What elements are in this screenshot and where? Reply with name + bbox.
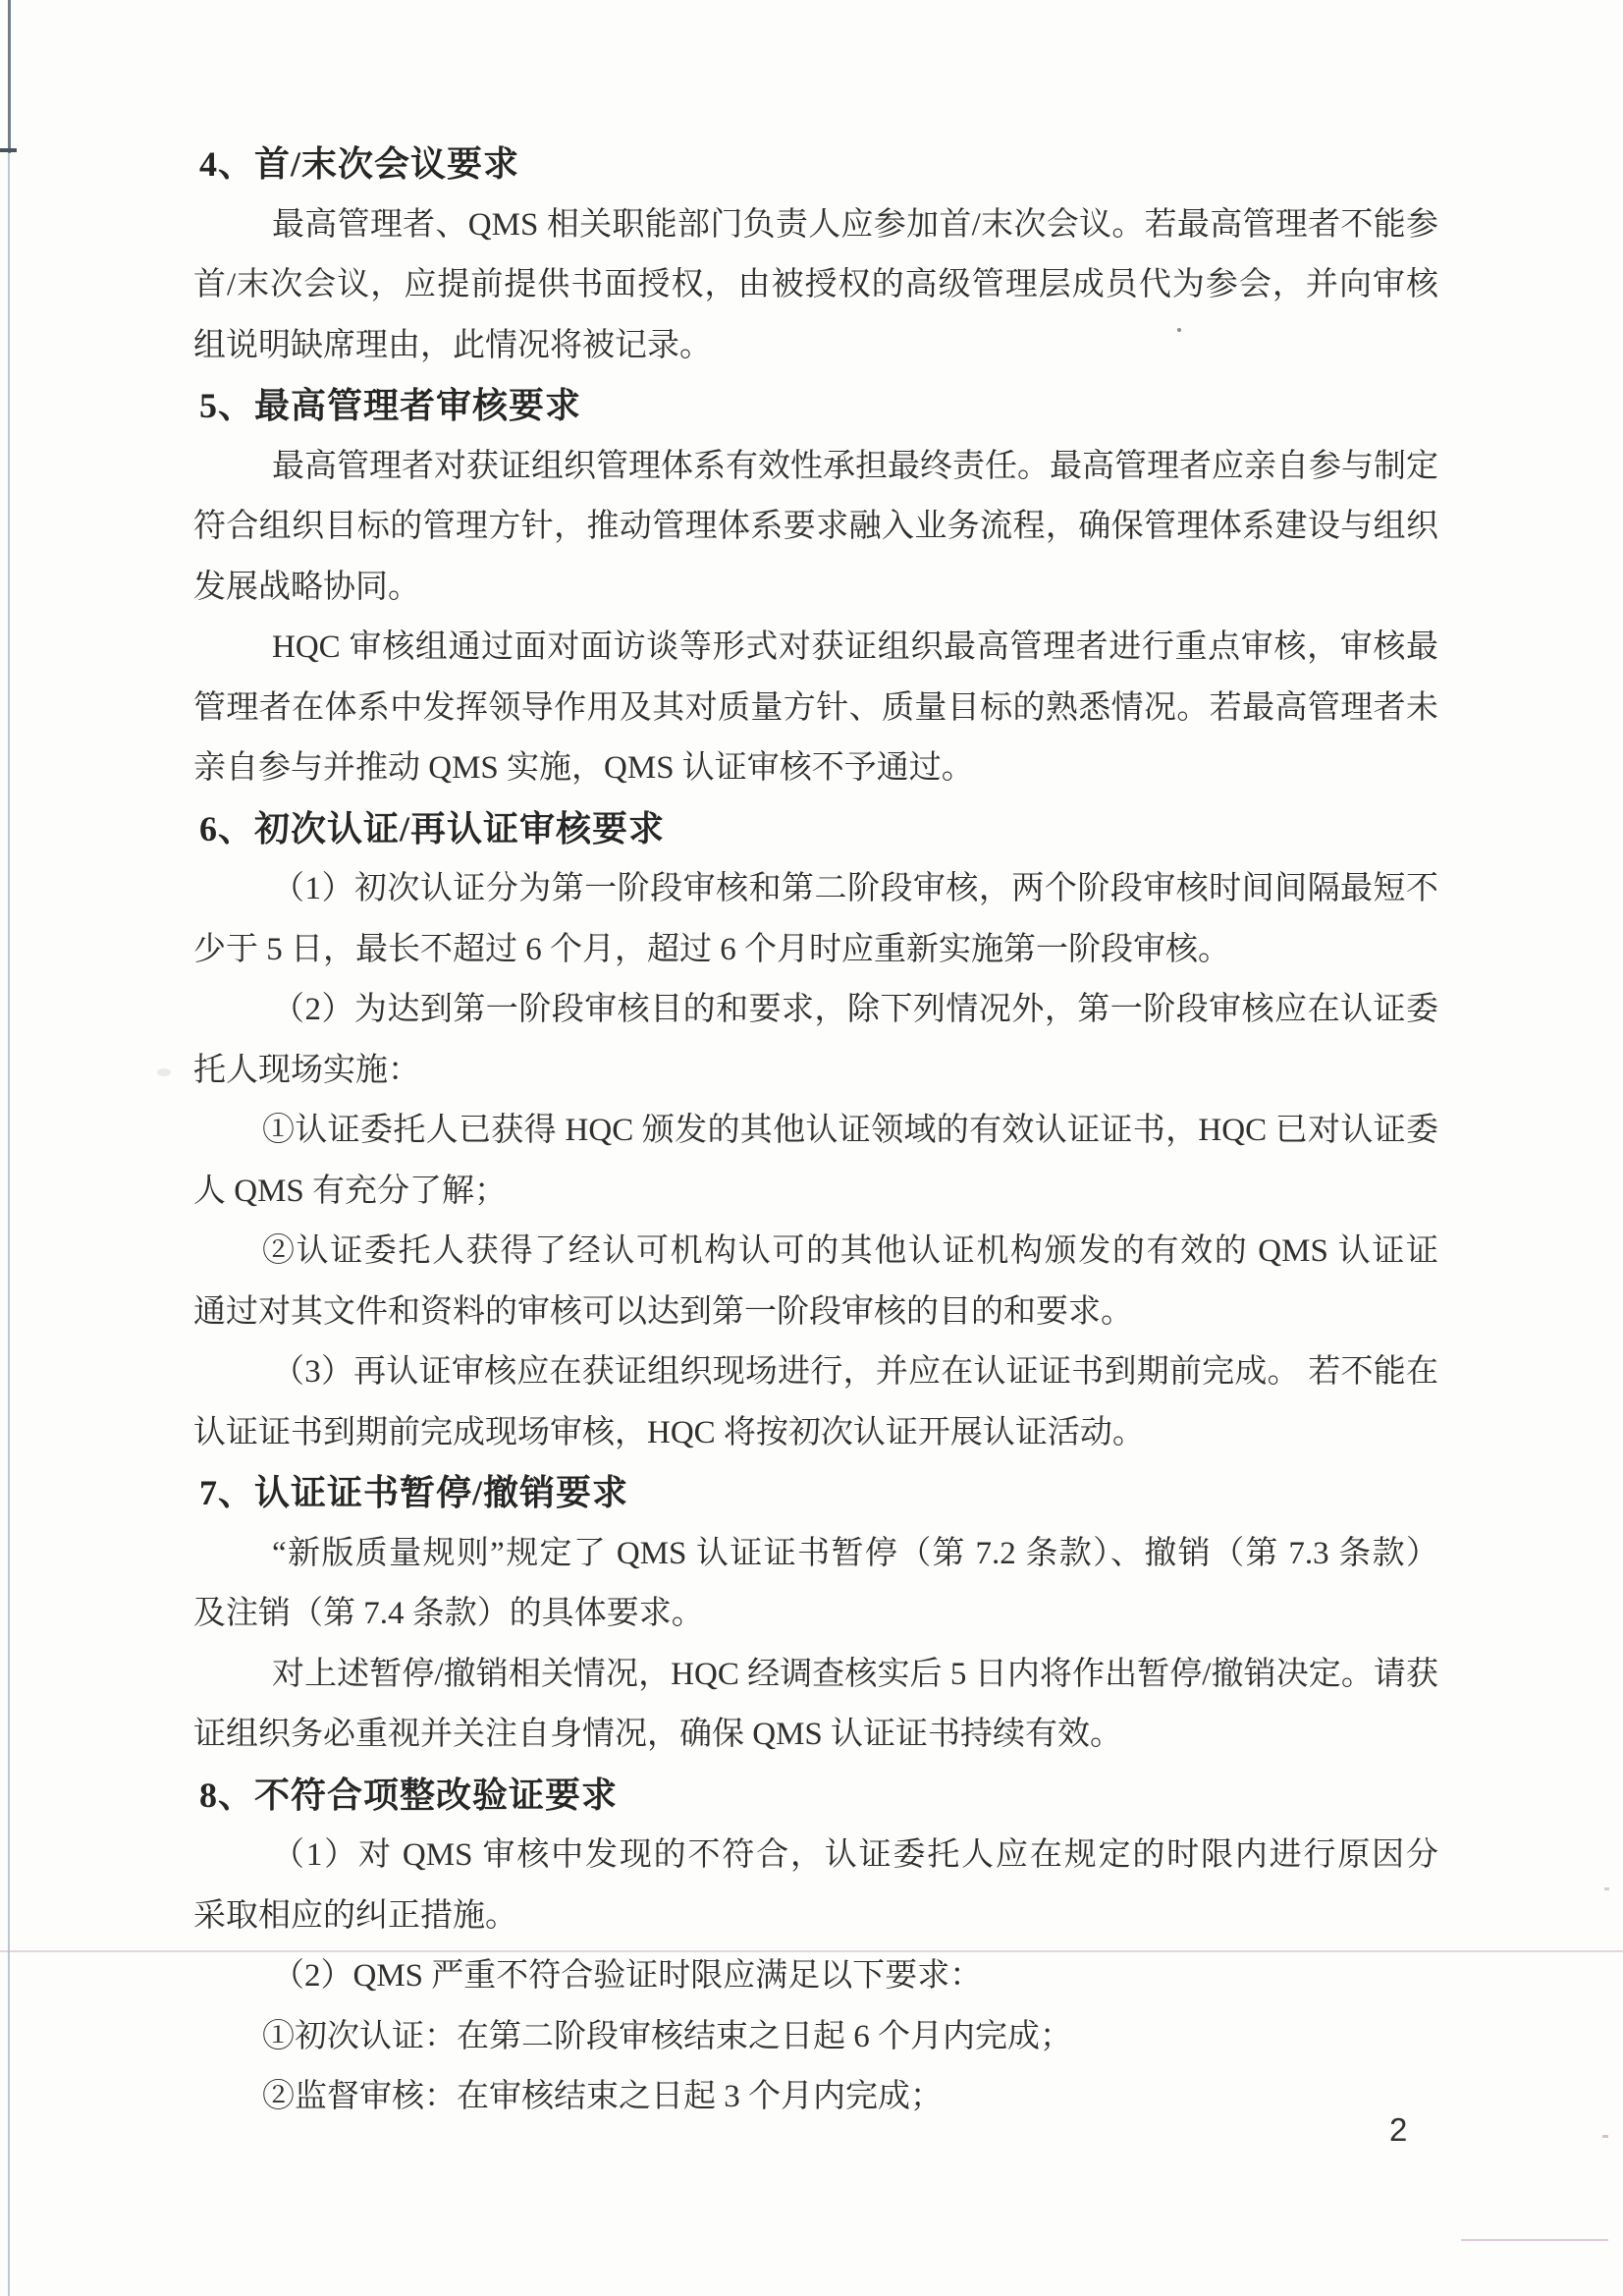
text-line: HQC 审核组通过面对面访谈等形式对获证组织最高管理者进行重点审核，审核最高 <box>193 618 1438 679</box>
text-line: 符合组织目标的管理方针，推动管理体系要求融入业务流程，确保管理体系建设与组织 <box>193 497 1438 558</box>
section-heading: 7、认证证书暂停/撤销要求 <box>199 1463 1438 1524</box>
text-line: （1）对 QMS 审核中发现的不符合，认证委托人应在规定的时限内进行原因分析， <box>193 1826 1438 1886</box>
text-line: “新版质量规则”规定了 QMS 认证证书暂停（第 7.2 条款）、撤销（第 7.… <box>193 1524 1438 1585</box>
text-line: ①初次认证：在第二阶段审核结束之日起 6 个月内完成； <box>193 2007 1438 2068</box>
text-line: （2）QMS 严重不符合验证时限应满足以下要求： <box>193 1946 1438 2007</box>
text-line: 托人现场实施： <box>193 1041 1438 1102</box>
text-line: 首/末次会议，应提前提供书面授权，由被授权的高级管理层成员代为参会，并向审核 <box>193 255 1438 316</box>
page-number: 2 <box>1389 2111 1429 2155</box>
text-line: 最高管理者对获证组织管理体系有效性承担最终责任。最高管理者应亲自参与制定 <box>193 437 1438 498</box>
scan-speck <box>1602 2135 1608 2138</box>
text-line: 对上述暂停/撤销相关情况，HQC 经调查核实后 5 日内将作出暂停/撤销决定。请… <box>193 1645 1438 1706</box>
text-line: ②监督审核：在审核结束之日起 3 个月内完成； <box>193 2067 1438 2128</box>
text-line: （1）初次认证分为第一阶段审核和第二阶段审核，两个阶段审核时间间隔最短不 <box>193 859 1438 920</box>
document-body: 4、首/末次会议要求最高管理者、QMS 相关职能部门负责人应参加首/末次会议。若… <box>193 135 1438 2128</box>
text-line: 组说明缺席理由，此情况将被记录。 <box>193 316 1438 377</box>
text-line: （3）再认证审核应在获证组织现场进行，并应在认证证书到期前完成。 若不能在 <box>193 1342 1438 1403</box>
text-line: （2）为达到第一阶段审核目的和要求，除下列情况外，第一阶段审核应在认证委 <box>193 980 1438 1041</box>
text-line: 最高管理者、QMS 相关职能部门负责人应参加首/末次会议。若最高管理者不能参加 <box>193 195 1438 256</box>
section-heading: 4、首/末次会议要求 <box>199 135 1438 195</box>
text-line: 管理者在体系中发挥领导作用及其对质量方针、质量目标的熟悉情况。若最高管理者未 <box>193 679 1438 739</box>
text-line: 证组织务必重视并关注自身情况，确保 QMS 认证证书持续有效。 <box>193 1705 1438 1766</box>
text-line: 通过对其文件和资料的审核可以达到第一阶段审核的目的和要求。 <box>193 1283 1438 1343</box>
section-heading: 5、最高管理者审核要求 <box>199 376 1438 437</box>
scanner-corner-tick <box>0 148 17 152</box>
section-heading: 6、初次认证/再认证审核要求 <box>199 799 1438 860</box>
scan-speck <box>157 1068 171 1076</box>
section-heading: 8、不符合项整改验证要求 <box>199 1766 1438 1827</box>
text-line: 少于 5 日，最长不超过 6 个月，超过 6 个月时应重新实施第一阶段审核。 <box>193 920 1438 981</box>
scanner-corner-line <box>8 0 11 153</box>
text-line: ①认证委托人已获得 HQC 颁发的其他认证领域的有效认证证书，HQC 已对认证委… <box>193 1101 1438 1162</box>
text-line: 发展战略协同。 <box>193 558 1438 619</box>
text-line: 采取相应的纠正措施。 <box>193 1886 1438 1947</box>
page-fold-line-short <box>1461 2239 1608 2241</box>
text-line: 亲自参与并推动 QMS 实施，QMS 认证审核不予通过。 <box>193 738 1438 799</box>
text-line: 人 QMS 有充分了解； <box>193 1162 1438 1223</box>
text-line: ②认证委托人获得了经认可机构认可的其他认证机构颁发的有效的 QMS 认证证书， <box>193 1222 1438 1283</box>
text-line: 及注销（第 7.4 条款）的具体要求。 <box>193 1584 1438 1645</box>
text-line: 认证证书到期前完成现场审核，HQC 将按初次认证开展认证活动。 <box>193 1403 1438 1464</box>
scan-speck <box>1604 1887 1609 1890</box>
